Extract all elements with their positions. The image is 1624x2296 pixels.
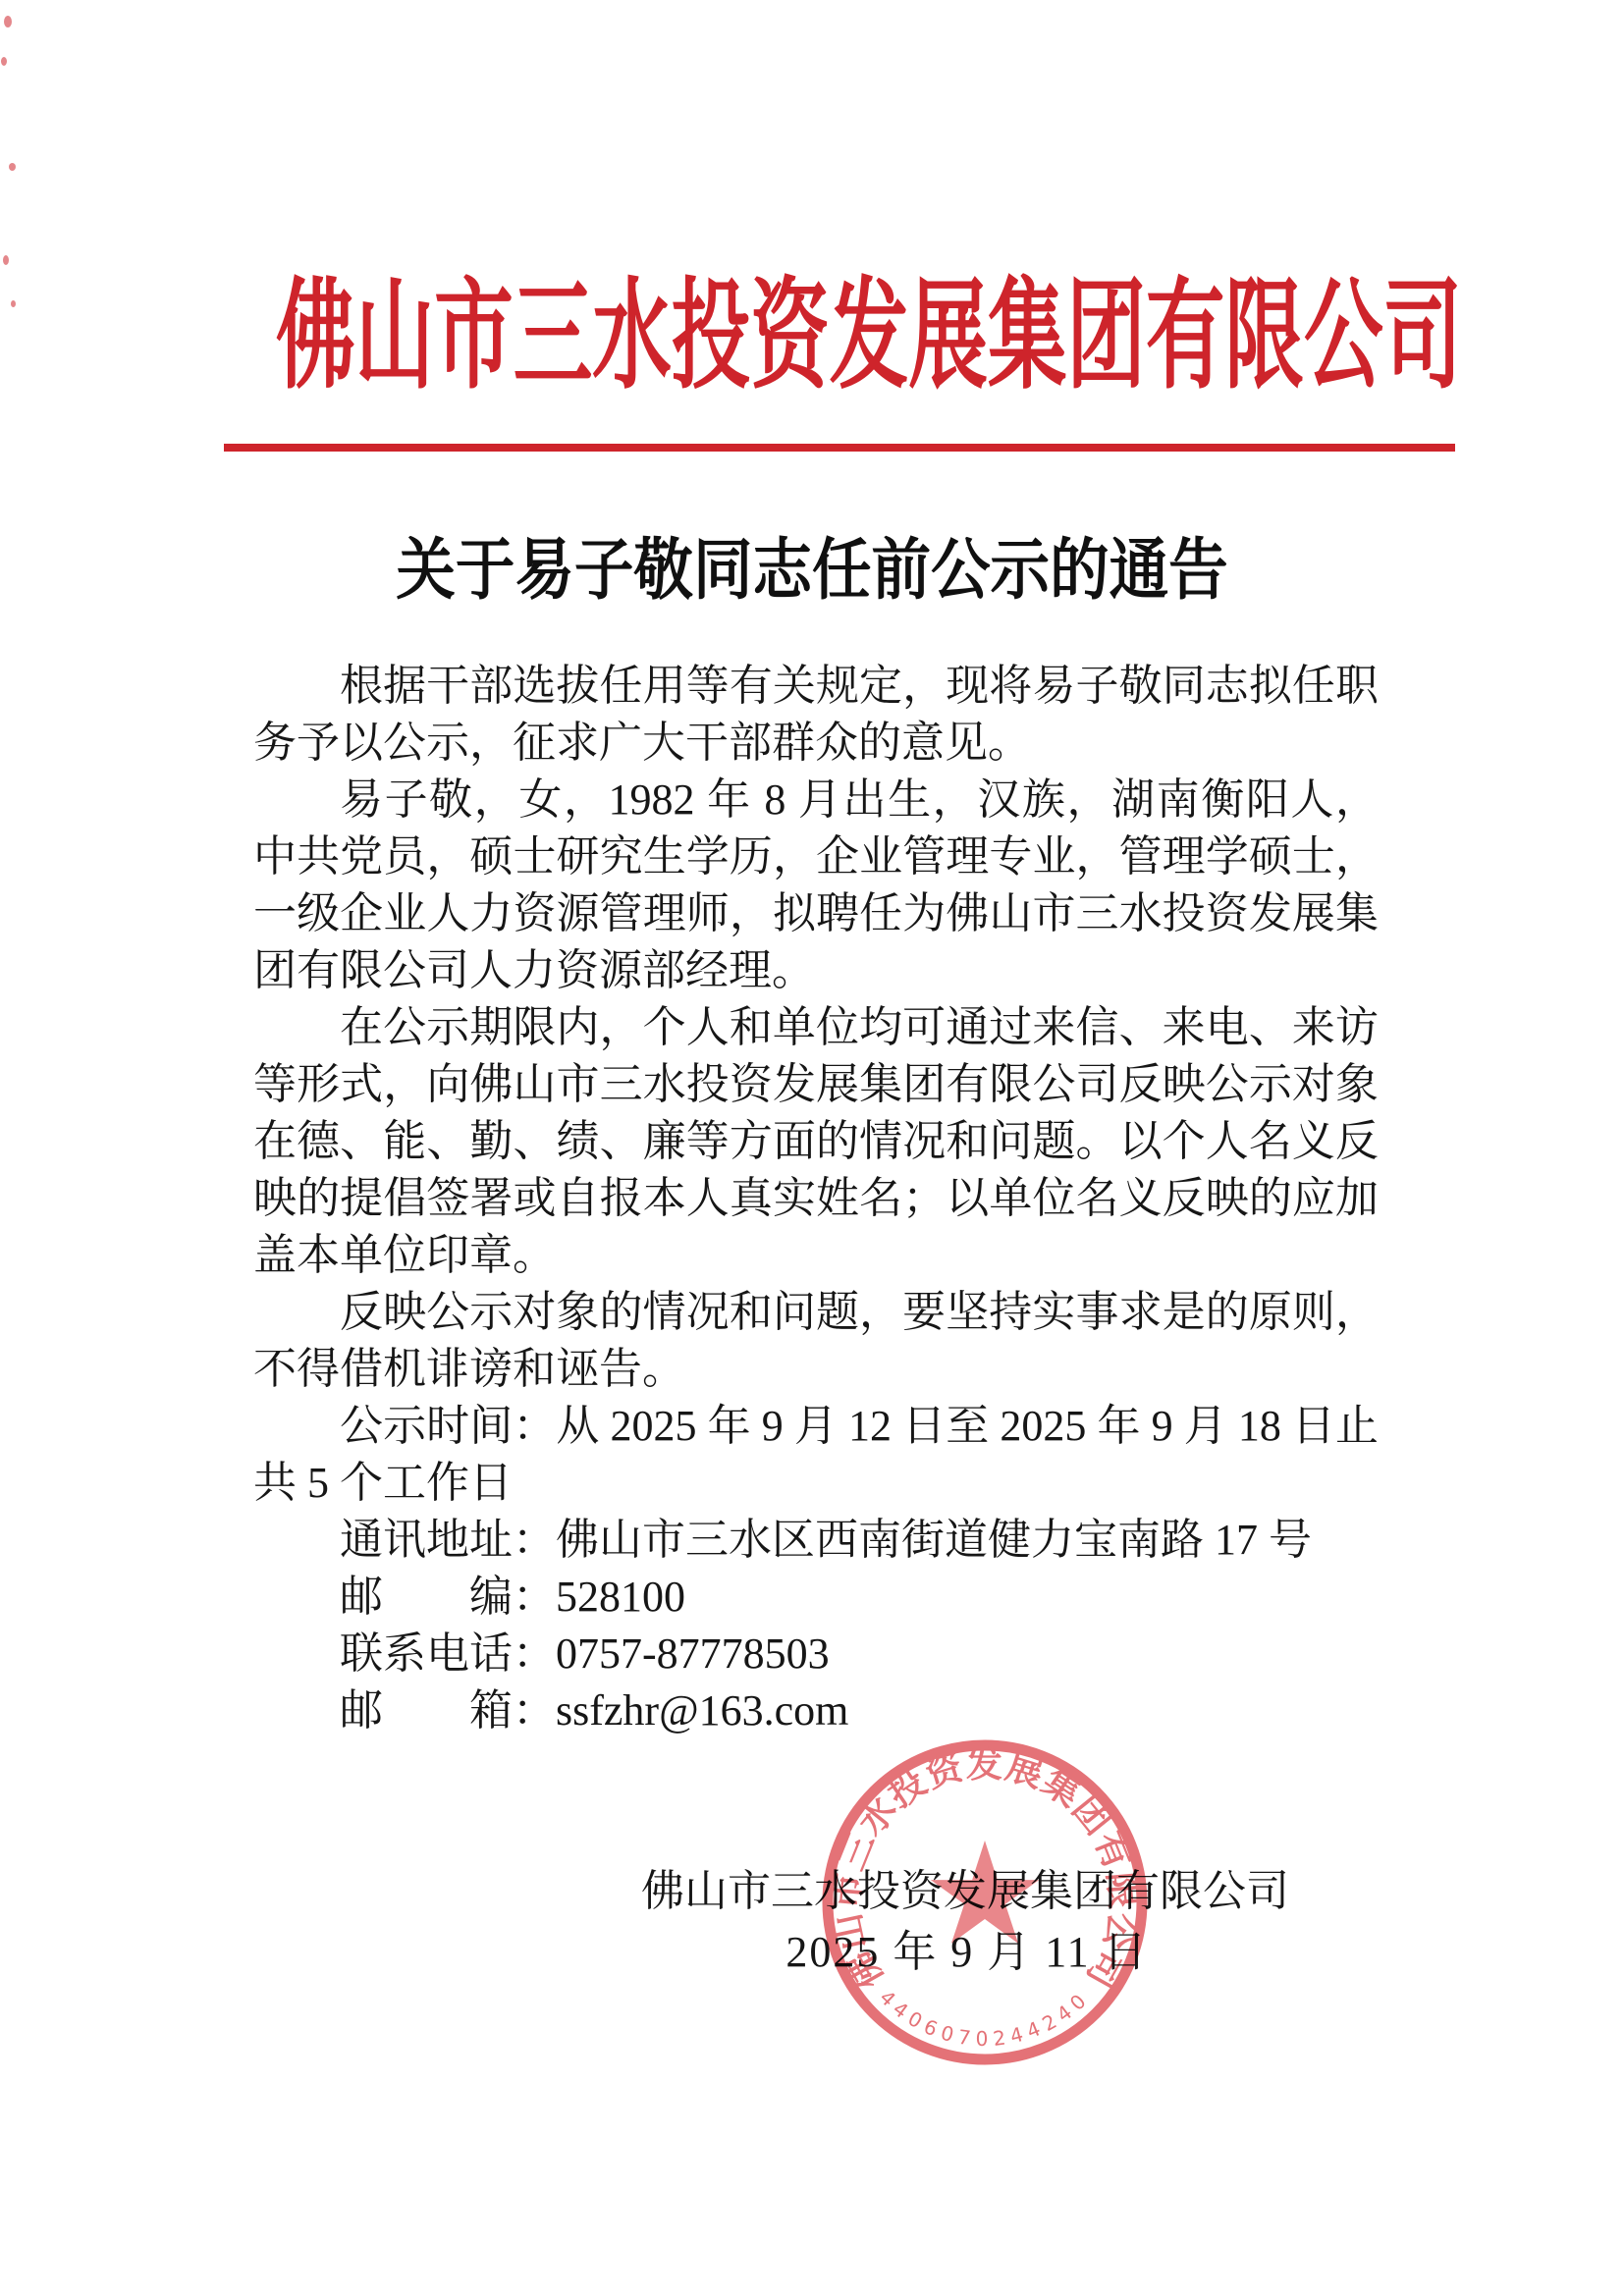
scan-speck: [3, 255, 9, 265]
notice-body: 根据干部选拔任用等有关规定，现将易子敬同志拟任职务予以公示，征求广大干部群众的意…: [253, 658, 1379, 1739]
notice-title: 关于易子敬同志任前公示的通告: [89, 526, 1535, 616]
seal-code-text: 4406070244240: [875, 1986, 1095, 2051]
letterhead-company-name: 佛山市三水投资发展集团有限公司: [276, 251, 1348, 425]
body-paragraph: 在公示期限内，个人和单位均可通过来信、来电、来访等形式，向佛山市三水投资发展集团…: [253, 999, 1379, 1284]
scan-speck: [9, 163, 16, 171]
signature-company: 佛山市三水投资发展集团有限公司: [641, 1861, 1293, 1922]
phone-line: 联系电话：0757-87778503: [253, 1626, 1379, 1682]
signature-block: 佛山市三水投资发展集团有限公司 2025 年 9 月 11 日: [641, 1861, 1293, 1983]
publicity-period-line: 公示时间：从 2025 年 9 月 12 日至 2025 年 9 月 18 日止…: [253, 1398, 1379, 1512]
body-paragraph: 易子敬，女，1982 年 8 月出生，汉族，湖南衡阳人，中共党员，硕士研究生学历…: [253, 772, 1379, 999]
notice-document: 佛山市三水投资发展集团有限公司 关于易子敬同志任前公示的通告 根据干部选拔任用等…: [0, 0, 1624, 2296]
postal-code-line: 邮 编：528100: [253, 1569, 1379, 1626]
body-paragraph: 反映公示对象的情况和问题，要坚持实事求是的原则，不得借机诽谤和诬告。: [253, 1284, 1379, 1398]
mailing-address-line: 通讯地址：佛山市三水区西南街道健力宝南路 17 号: [253, 1512, 1379, 1569]
letterhead-divider-rule: [224, 444, 1455, 452]
scan-speck: [1, 57, 7, 66]
body-paragraph: 根据干部选拔任用等有关规定，现将易子敬同志拟任职务予以公示，征求广大干部群众的意…: [253, 658, 1379, 772]
email-line: 邮 箱：ssfzhr@163.com: [253, 1682, 1379, 1739]
signature-date: 2025 年 9 月 11 日: [641, 1922, 1293, 1983]
scan-speck: [4, 16, 12, 27]
scan-speck: [11, 300, 16, 307]
